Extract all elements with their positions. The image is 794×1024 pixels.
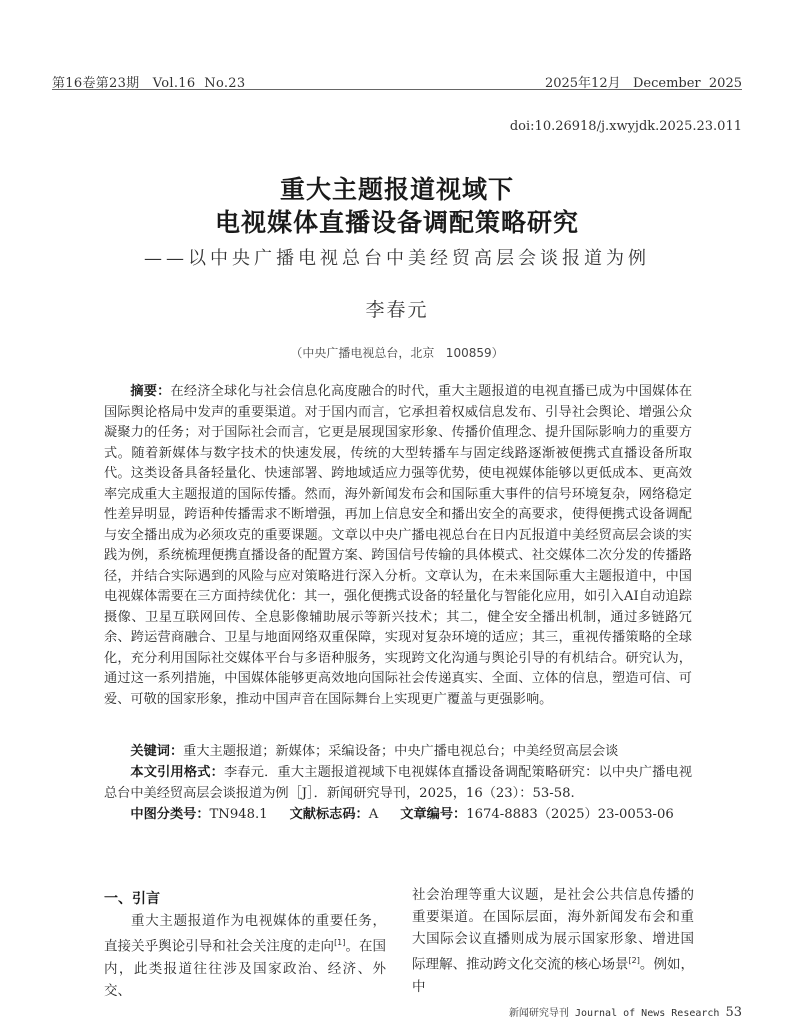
page-footer: 新闻研究导刊 Journal of News Research53 — [509, 1004, 742, 1020]
paragraph-text: 重大主题报道作为电视媒体的重要任务，直接关乎舆论引导和社会关注度的走向 — [104, 913, 386, 955]
article-number-value: 1674-8883（2025）23-0053-06 — [466, 807, 674, 822]
article-number-label: 文章编号： — [400, 807, 466, 822]
document-code-value: A — [369, 807, 379, 822]
journal-name: 新闻研究导刊 Journal of News Research — [509, 1008, 720, 1019]
header-rule — [52, 89, 742, 90]
keywords-text: 重大主题报道；新媒体；采编设备；中央广播电视总台；中美经贸高层会谈 — [183, 744, 618, 759]
abstract-text: 在经济全球化与社会信息化高度融合的时代，重大主题报道的电视直播已成为中国媒体在国… — [104, 384, 692, 707]
clc-number: 中图分类号：TN948.1 — [130, 805, 267, 826]
abstract: 摘要：在经济全球化与社会信息化高度融合的时代，重大主题报道的电视直播已成为中国媒… — [104, 382, 692, 710]
author: 李春元 — [0, 295, 794, 322]
citation-format: 本文引用格式：李春元．重大主题报道视域下电视媒体直播设备调配策略研究：以中央广播… — [104, 763, 692, 804]
page-number: 53 — [725, 1005, 742, 1020]
article-number: 文章编号：1674-8883（2025）23-0053-06 — [400, 805, 674, 826]
doi: doi:10.26918/j.xwyjdk.2025.23.011 — [510, 119, 742, 134]
document-code: 文献标志码：A — [290, 805, 379, 826]
keywords-label: 关键词： — [130, 744, 183, 759]
body-column-right: 社会治理等重大议题，是社会公共信息传播的重要渠道。在国际层面，海外新闻发布会和重… — [412, 884, 694, 998]
clc-label: 中图分类号： — [130, 807, 209, 822]
classification-row: 中图分类号：TN948.1 文献标志码：A 文章编号：1674-8883（202… — [104, 805, 718, 826]
clc-value: TN948.1 — [210, 807, 268, 822]
reference-2[interactable]: [2] — [629, 956, 640, 965]
body-column-left: 重大主题报道作为电视媒体的重要任务，直接关乎舆论引导和社会关注度的走向[1]。在… — [104, 910, 386, 1002]
reference-1[interactable]: [1] — [334, 938, 345, 947]
article-title-line-2: 电视媒体直播设备调配策略研究 — [0, 203, 794, 239]
abstract-label: 摘要： — [130, 384, 170, 399]
document-code-label: 文献标志码： — [290, 807, 369, 822]
article-subtitle: ——以中央广播电视总台中美经贸高层会谈报道为例 — [0, 244, 794, 270]
keywords: 关键词：重大主题报道；新媒体；采编设备；中央广播电视总台；中美经贸高层会谈 — [104, 742, 692, 763]
affiliation: （中央广播电视总台，北京 100859） — [0, 344, 794, 361]
section-heading: 一、引言 — [104, 888, 160, 908]
article-title-line-1: 重大主题报道视域下 — [0, 170, 794, 206]
citation-label: 本文引用格式： — [130, 765, 224, 780]
